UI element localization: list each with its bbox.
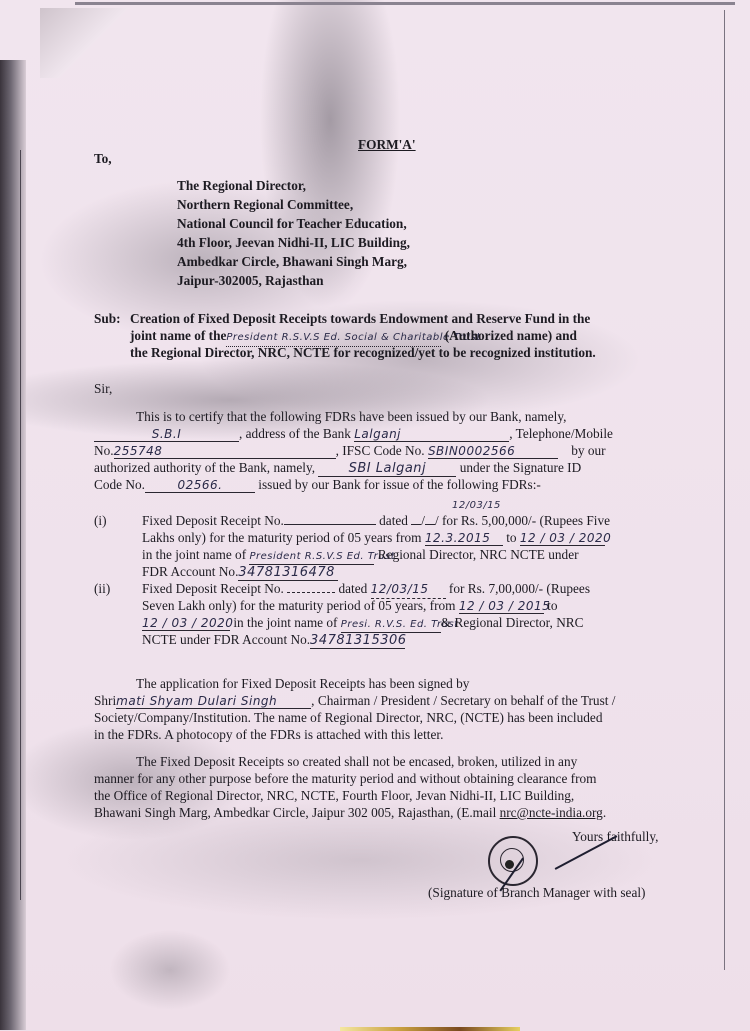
shri-label: Shri — [94, 693, 116, 708]
dated-label: dated — [379, 513, 408, 528]
account-field[interactable]: 34781315306 — [310, 634, 405, 649]
joint-name-suffix: & Regional Director, NRC — [441, 615, 584, 630]
certify-line: No.255748, IFSC Code No. SBIN0002566 by … — [94, 442, 606, 459]
account-field[interactable]: 34781316478 — [238, 566, 338, 581]
receipt-no-label: Fixed Deposit Receipt No. — [142, 581, 284, 596]
fdr-date-annotation: 12/03/15 — [452, 500, 501, 511]
amount-text: for Rs. 5,00,000/- (Rupees Five — [442, 513, 610, 528]
period-mark: . — [603, 805, 606, 820]
application-line: Society/Company/Institution. The name of… — [94, 709, 602, 726]
ifsc-field[interactable]: SBIN0002566 — [428, 444, 558, 459]
conditions-line: The Fixed Deposit Receipts so created sh… — [136, 753, 577, 770]
signature-code-field[interactable]: 02566. — [145, 478, 255, 493]
subject-line: the Regional Director, NRC, NCTE for rec… — [130, 344, 596, 361]
to-label: to — [547, 598, 557, 613]
folded-corner — [40, 8, 130, 78]
account-label: FDR Account No. — [142, 564, 238, 579]
dated-label: dated — [338, 581, 367, 596]
addressee-line: National Council for Teacher Education, — [177, 215, 407, 232]
telephone-label: , Telephone/Mobile — [509, 426, 613, 441]
from-date-field[interactable]: 12 / 03 / 2015 — [459, 599, 544, 614]
account-label: NCTE under FDR Account No. — [142, 632, 310, 647]
period-text: Seven Lakh only) for the maturity period… — [142, 598, 456, 613]
ifsc-label: , IFSC Code No. — [336, 443, 425, 458]
to-date-field[interactable]: 12 / 03 / 2020 — [142, 616, 230, 631]
seal-ink-blot — [505, 860, 514, 869]
to-label: To, — [94, 150, 112, 167]
fdr-line: Seven Lakh only) for the maturity period… — [142, 597, 558, 614]
fdr-line: Lakhs only) for the maturity period of 0… — [142, 529, 605, 546]
joint-name-label: in the joint name of — [233, 615, 337, 630]
addressee-line: Jaipur-302005, Rajasthan — [177, 272, 324, 289]
joint-name-label: in the joint name of — [142, 547, 246, 562]
signature-id-label: under the Signature ID — [460, 460, 581, 475]
addressee-line: Northern Regional Committee, — [177, 196, 353, 213]
address-text: Bhawani Singh Marg, Ambedkar Circle, Jai… — [94, 805, 500, 820]
subject-line-suffix: (Authorized name) and — [445, 328, 577, 343]
subject-label: Sub: — [94, 310, 121, 327]
address-label: , address of the Bank — [239, 426, 351, 441]
authority-label: authorized authority of the Bank, namely… — [94, 460, 315, 475]
fdr-index: (ii) — [94, 580, 110, 597]
scan-border-top — [75, 2, 735, 5]
fdr-index: (i) — [94, 512, 107, 529]
signatory-name-field[interactable]: mati Shyam Dulari Singh — [116, 694, 311, 709]
period-text: Lakhs only) for the maturity period of 0… — [142, 530, 422, 545]
to-label: to — [506, 530, 516, 545]
certify-line: authorized authority of the Bank, namely… — [94, 459, 581, 477]
certify-line: Code No.02566. issued by our Bank for is… — [94, 476, 541, 493]
bank-name-field[interactable]: S.B.I — [94, 427, 239, 442]
email-link[interactable]: nrc@ncte-india.org — [500, 805, 603, 820]
addressee-line: The Regional Director, — [177, 177, 306, 194]
code-label: Code No. — [94, 477, 145, 492]
certify-line: S.B.I, address of the Bank Lalganj, Tele… — [94, 425, 613, 442]
form-title: FORM'A' — [358, 136, 416, 153]
conditions-line: the Office of Regional Director, NRC, NC… — [94, 787, 574, 804]
amount-text: for Rs. 7,00,000/- (Rupees — [449, 581, 590, 596]
certify-line: This is to certify that the following FD… — [136, 408, 566, 425]
no-label: No. — [94, 443, 114, 458]
by-our-text: by our — [571, 443, 605, 458]
from-date-field[interactable]: 12.3.2015 — [425, 531, 503, 546]
application-line: The application for Fixed Deposit Receip… — [136, 675, 469, 692]
application-line: in the FDRs. A photocopy of the FDRs is … — [94, 726, 443, 743]
addressee-line: Ambedkar Circle, Bhawani Singh Marg, — [177, 253, 407, 270]
scanner-color-strip — [340, 1027, 520, 1031]
receipt-no-field[interactable] — [284, 524, 376, 525]
fdr-line: Fixed Deposit Receipt No. dated // for R… — [142, 512, 610, 529]
authority-field[interactable]: SBI Lalganj — [318, 462, 456, 477]
signature-caption: (Signature of Branch Manager with seal) — [428, 884, 645, 901]
bank-address-field[interactable]: Lalganj — [354, 427, 509, 442]
date-day-field[interactable] — [411, 524, 421, 525]
application-line: Shrimati Shyam Dulari Singh, Chairman / … — [94, 692, 615, 709]
greeting: Sir, — [94, 380, 112, 397]
date-month-field[interactable] — [425, 524, 435, 525]
page-fold-line — [20, 150, 21, 900]
role-text: , Chairman / President / Secretary on be… — [311, 693, 615, 708]
addressee-line: 4th Floor, Jeevan Nidhi-II, LIC Building… — [177, 234, 410, 251]
subject-line-prefix: joint name of the — [130, 328, 226, 343]
subject-line: Creation of Fixed Deposit Receipts towar… — [130, 310, 678, 327]
conditions-line: Bhawani Singh Marg, Ambedkar Circle, Jai… — [94, 804, 606, 821]
conditions-line: manner for any other purpose before the … — [94, 770, 597, 787]
scanner-edge-shadow — [0, 60, 26, 1030]
receipt-no-label: Fixed Deposit Receipt No. — [142, 513, 284, 528]
fdr-line: FDR Account No.34781316478 — [142, 563, 338, 581]
telephone-field[interactable]: 255748 — [114, 444, 336, 459]
scan-border-right — [724, 10, 725, 970]
joint-name-suffix: Regional Director, NRC NCTE under — [378, 547, 579, 562]
to-date-field[interactable]: 12 / 03 / 2020 — [520, 531, 605, 546]
issued-text: issued by our Bank for issue of the foll… — [258, 477, 541, 492]
receipt-no-field[interactable] — [287, 592, 335, 593]
fdr-line: NCTE under FDR Account No.34781315306 — [142, 631, 405, 649]
